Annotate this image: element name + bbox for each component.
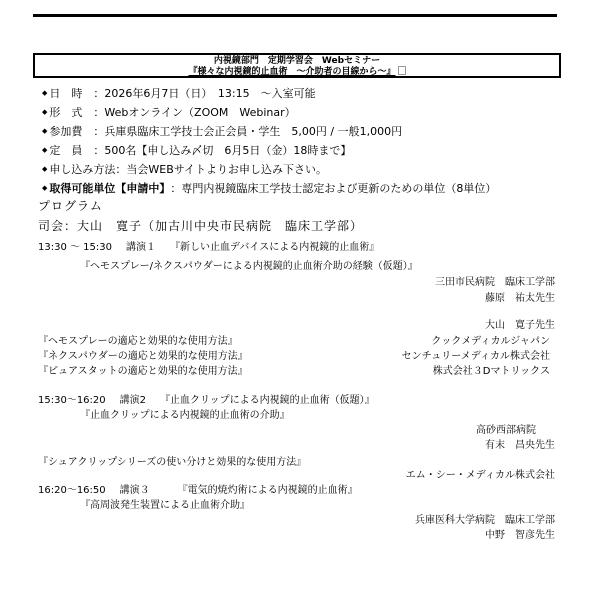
diamond-bullet-icon: ◆ [42,146,47,154]
talk-sureclip: 『シュアクリップシリーズの使い分けと効果的な使用方法』 [38,456,306,470]
info-label: 参加費 [49,125,93,139]
lecture-label: 講演３ [120,485,150,496]
info-label: 取得可能単位【申請中】 [49,182,170,196]
session-2-subtitle: 『止血クリップによる内視鏡的止血術の介助』 [80,409,290,423]
info-label: 申し込み方法 [49,163,115,177]
session-3-speaker: 中野 智彦先生 [485,529,555,543]
talk-nexpowder-company: センチュリーメディカル株式会社 [402,350,550,364]
session-1-subtitle: 『ヘモスプレー/ネクスパウダーによる内視鏡的止血術介助の経験（仮題）』 [80,260,418,274]
placeholder-box-icon [398,66,406,75]
info-date: ◆日 時 ：2026年6月7日（日） 13:15 ～入室可能 [42,86,316,101]
talk-nexpowder: 『ネクスパウダーの適応と効果的な使用方法』 [38,350,248,364]
session-3-subtitle: 『高周波発生装置による止血術介助』 [80,499,250,513]
session-2-speaker: 有末 昌央先生 [485,439,555,453]
lecture-label: 講演2 [120,395,146,406]
session-time: 16:20～16:50 [38,485,106,496]
info-capacity: ◆定 員 ：500名【申し込み〆切 6月5日（金）18時まで】 [42,143,351,158]
title-box: 内視鏡部門 定期学習会 Webセミナー 『様々な内視鏡的止血術 ～介助者の目線か… [33,53,561,78]
talk-hemospray-company: クックメディカルジャパン [431,335,550,349]
info-fee: ◆参加費 ：兵庫県臨床工学技士会正会員・学生 5,00円 / 一般1,000円 [42,124,402,139]
session-2-affiliation: 高砂西部病院 [476,424,536,438]
session-1-speaker: 藤原 祐太先生 [485,292,555,306]
talk-hemospray: 『ヘモスプレーの適応と効果的な使用方法』 [38,335,238,349]
session-1-header: 13:30 ～ 15:30講演１『新しい止血デバイスによる内視鏡的止血術』 [38,241,379,255]
info-value: ：専門内視鏡臨床工学技士認定および更新のための単位（8単位） [170,182,496,195]
session-time: 15:30～16:20 [38,395,106,406]
info-value: ：2026年6月7日（日） 13:15 ～入室可能 [93,87,315,100]
session-time: 13:30 ～ 15:30 [38,242,112,253]
session-3-header: 16:20～16:50講演３『電気的焼灼術による内視鏡的止血術』 [38,484,358,498]
seminar-subtitle: 『様々な内視鏡的止血術 ～介助者の目線から～』 [35,66,559,77]
info-label: 形 式 [49,106,93,120]
info-credits: ◆取得可能単位【申請中】：専門内視鏡臨床工学技士認定および更新のための単位（8単… [42,181,496,196]
diamond-bullet-icon: ◆ [42,108,47,116]
info-value: ：Webオンライン（ZOOM Webinar） [93,106,295,119]
diamond-bullet-icon: ◆ [42,184,47,192]
session-title: 『止血クリップによる内視鏡的止血術（仮題）』 [160,395,375,406]
info-value: ：当会WEBサイトよりお申し込み下さい。 [115,163,327,176]
seminar-subtitle-text: 『様々な内視鏡的止血術 ～介助者の目線から～』 [188,67,395,77]
seminar-title: 内視鏡部門 定期学習会 Webセミナー [35,55,559,66]
talk-purastat: 『ピュアスタットの適応と効果的な使用方法』 [38,365,248,379]
talk-sureclip-company: エム・シー・メディカル株式会社 [406,469,555,483]
info-application: ◆申し込み方法：当会WEBサイトよりお申し込み下さい。 [42,162,327,177]
diamond-bullet-icon: ◆ [42,165,47,173]
info-label: 日 時 [49,87,93,101]
session-1-affiliation: 三田市民病院 臨床工学部 [435,276,555,290]
session-3-affiliation: 兵庫医科大学病院 臨床工学部 [415,514,555,528]
info-value: ：500名【申し込み〆切 6月5日（金）18時まで】 [93,144,351,157]
session-2-header: 15:30～16:20講演2『止血クリップによる内視鏡的止血術（仮題）』 [38,394,375,408]
session-title: 『電気的焼灼術による内視鏡的止血術』 [178,485,358,496]
moderator: 司会：大山 寛子（加古川中央市民病院 臨床工学部） [38,219,363,233]
top-horizontal-rule [33,14,557,17]
diamond-bullet-icon: ◆ [42,89,47,97]
lecture-label: 講演１ [126,242,156,253]
program-heading: プログラム [38,199,103,213]
diamond-bullet-icon: ◆ [42,127,47,135]
session-1-speaker-2: 大山 寛子先生 [485,319,555,333]
info-label: 定 員 [49,144,93,158]
talk-purastat-company: 株式会社３Dマトリックス [433,365,550,379]
session-title: 『新しい止血デバイスによる内視鏡的止血術』 [170,242,379,253]
info-format: ◆形 式 ：Webオンライン（ZOOM Webinar） [42,105,296,120]
info-value: ：兵庫県臨床工学技士会正会員・学生 5,00円 / 一般1,000円 [93,125,402,138]
